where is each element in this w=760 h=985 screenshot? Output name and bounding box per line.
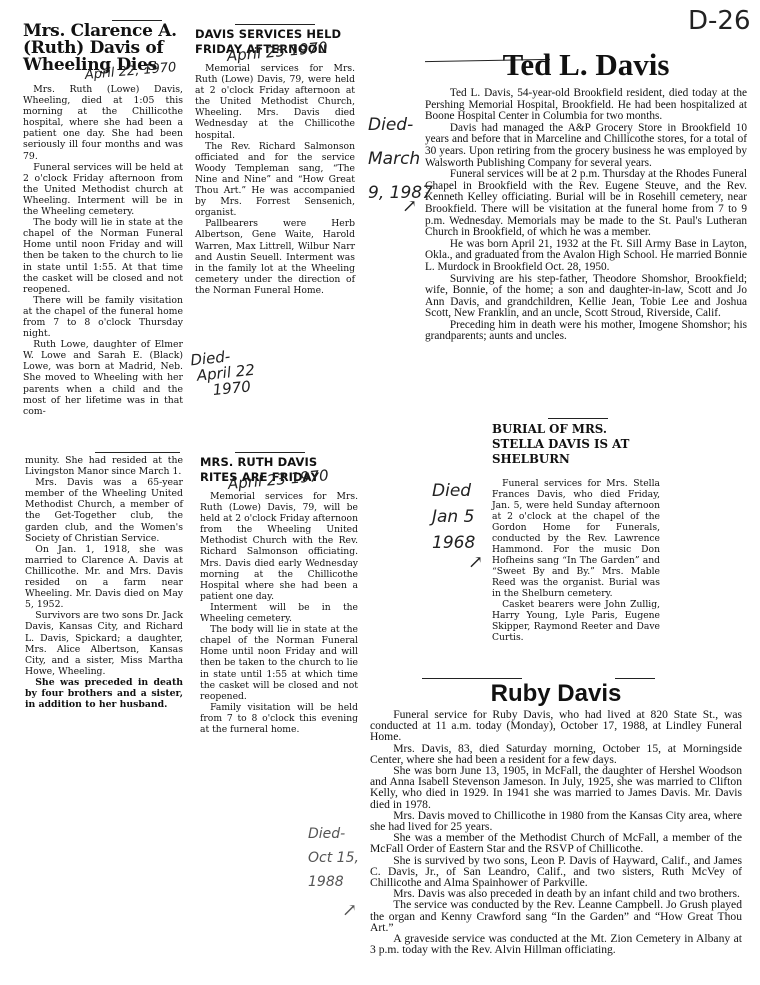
paragraph: Family visitation will be held from 7 to… <box>200 702 358 735</box>
paragraph: On Jan. 1, 1918, she was married to Clar… <box>25 544 183 611</box>
headline: Ted L. Davis <box>425 48 747 82</box>
paragraph: Funeral services will be held at 2 o'clo… <box>23 162 183 217</box>
clipping-clarence-davis: Mrs. Clarence A. (Ruth) Davis of Wheelin… <box>23 23 183 417</box>
clipping-stella-davis: BURIAL OF MRS. STELLA DAVIS IS AT SHELBU… <box>492 422 660 643</box>
page-label: D-26 <box>688 8 751 35</box>
paragraph: The body will lie in state at the chapel… <box>23 217 183 295</box>
handwritten-note: Died- March 9, 1987 <box>368 108 433 210</box>
paragraph: Funeral services for Mrs. Stella Frances… <box>492 478 660 599</box>
paragraph: Mrs. Davis was a 65-year member of the W… <box>25 477 183 544</box>
paragraph: Surviving are his step-father, Theodore … <box>425 274 747 320</box>
paragraph: The body will lie in state at the chapel… <box>200 624 358 702</box>
divider <box>422 678 522 679</box>
clipping-services-held: DAVIS SERVICES HELD FRIDAY AFTERNOON Apr… <box>195 27 355 296</box>
paragraph: Pallbearers were Herb Albertson, Gene Wa… <box>195 218 355 296</box>
paragraph: There will be family visitation at the c… <box>23 295 183 339</box>
paragraph: Interment will be in the Wheeling cemete… <box>200 602 358 624</box>
paragraph: He was born April 21, 1932 at the Ft. Si… <box>425 239 747 274</box>
paragraph: Memorial services for Mrs. Ruth (Lowe) D… <box>200 491 358 602</box>
divider <box>615 678 655 679</box>
divider <box>548 418 608 419</box>
divider <box>235 24 315 25</box>
divider <box>95 452 180 453</box>
paragraph: Mrs. Ruth (Lowe) Davis, Wheeling, died a… <box>23 84 183 162</box>
paragraph: The service was conducted by the Rev. Le… <box>370 899 742 933</box>
paragraph: She was preceded in death by four brothe… <box>25 677 183 710</box>
arrow-icon: ↗ <box>342 900 357 921</box>
paragraph: Memorial services for Mrs. Ruth (Lowe) D… <box>195 63 355 141</box>
paragraph: Ruth Lowe, daughter of Elmer W. Lowe and… <box>23 339 183 417</box>
paragraph: The Rev. Richard Salmonson officiated an… <box>195 141 355 219</box>
arrow-icon: ↗ <box>468 552 483 573</box>
paragraph: She was a member of the Methodist Church… <box>370 832 742 854</box>
handwritten-note: Died- April 22 1970 <box>190 347 258 401</box>
paragraph: Survivors are two sons Dr. Jack Davis, K… <box>25 610 183 677</box>
paragraph: Mrs. Davis moved to Chillicothe in 1980 … <box>370 810 742 832</box>
paragraph: Preceding him in death were his mother, … <box>425 320 747 343</box>
paragraph: A graveside service was conducted at the… <box>370 933 742 955</box>
paragraph: Casket bearers were John Zullig, Harry Y… <box>492 599 660 643</box>
handwritten-note: Died- Oct 15, 1988 <box>308 822 359 894</box>
paragraph: Funeral services will be at 2 p.m. Thurs… <box>425 169 747 239</box>
handwritten-note: Died Jan 5 1968 <box>432 478 475 556</box>
clipping-ted-davis: Ted L. Davis Ted L. Davis, 54-year-old B… <box>425 48 747 343</box>
clipping-clarence-davis-continued: munity. She had resided at the Livingsto… <box>25 455 183 710</box>
clipping-rites-friday: MRS. RUTH DAVIS RITES ARE FRIDAY April 2… <box>200 455 358 735</box>
divider <box>235 452 305 453</box>
arrow-icon: ↗ <box>402 196 417 217</box>
headline: Ruby Davis <box>370 680 742 708</box>
clipping-ruby-davis: Ruby Davis Funeral service for Ruby Davi… <box>370 680 742 955</box>
headline: BURIAL OF MRS. STELLA DAVIS IS AT SHELBU… <box>492 422 660 467</box>
paragraph: Mrs. Davis, 83, died Saturday morning, O… <box>370 743 742 765</box>
paragraph: Davis had managed the A&P Grocery Store … <box>425 123 747 169</box>
paragraph: She was born June 13, 1905, in McFall, t… <box>370 765 742 810</box>
paragraph: She is survived by two sons, Leon P. Dav… <box>370 855 742 889</box>
paragraph: Funeral service for Ruby Davis, who had … <box>370 709 742 743</box>
paragraph: Ted L. Davis, 54-year-old Brookfield res… <box>425 88 747 123</box>
paragraph: munity. She had resided at the Livingsto… <box>25 455 183 477</box>
